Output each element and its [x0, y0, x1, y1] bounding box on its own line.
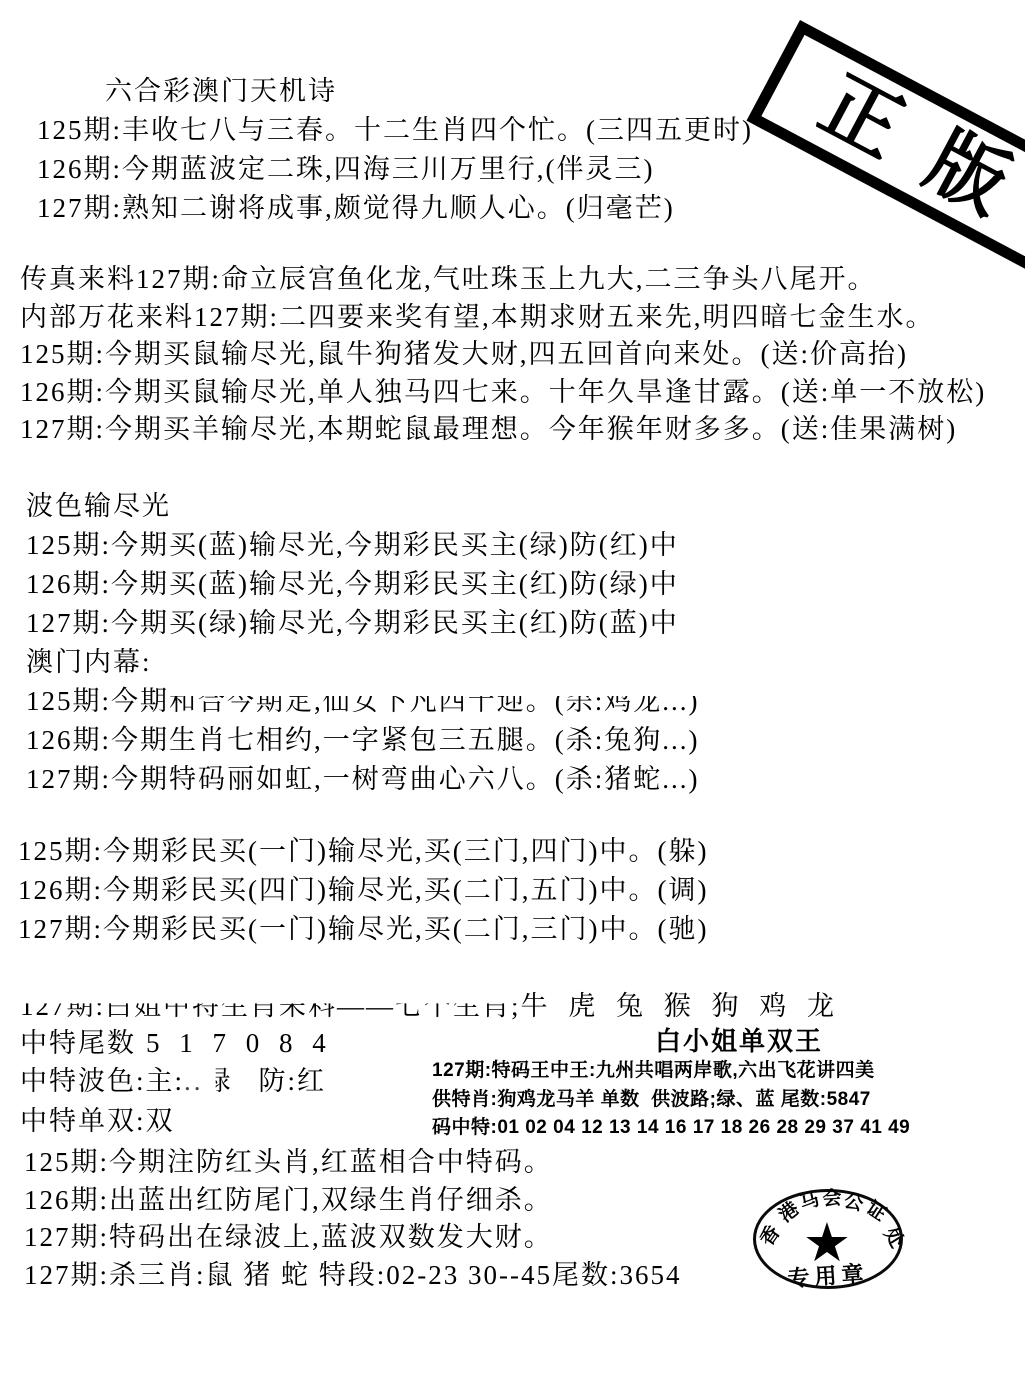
- wave-pick-dots: ..: [184, 1066, 204, 1096]
- seal-bottom-text: 专用章: [787, 1257, 870, 1294]
- baijie-clipped-text: 127期:白姐中特生肖来料——七个生肖;: [20, 987, 521, 1026]
- final-line: 127期:特码出在绿波上,蓝波双数发大财。: [24, 1219, 681, 1257]
- baixiaojie-line: 127期:特码王中王:九州共唱两岸歌,六出飞花讲四美: [432, 1057, 910, 1086]
- wave-line: 125期:今期买(蓝)输尽光,今期彩民买主(绿)防(红)中: [26, 526, 700, 565]
- poem-line-127: 127期:熟知二谢将成事,颇觉得九顺人心。(归毫芒): [37, 189, 753, 228]
- poem-line-125: 125期:丰收七八与三春。十二生肖四个忙。(三四五更时): [37, 111, 753, 150]
- fax-line: 内部万花来料127期:二四要来奖有望,本期求财五来先,明四暗七金生水。: [20, 299, 986, 337]
- door-line: 127期:今期彩民买(一门)输尽光,买(二门,三门)中。(驰): [18, 910, 708, 949]
- tail-number-label: 中特尾数: [20, 1028, 136, 1058]
- poem-line-126: 126期:今期蓝波定二珠,四海三川万里行,(伴灵三): [37, 150, 753, 189]
- baixiaojie-block: 127期:特码王中王:九州共唱两岸歌,六出飞花讲四美 供特肖:狗鸡龙马羊 单数 …: [432, 1057, 910, 1143]
- wave-color-section: 波色输尽光 125期:今期买(蓝)输尽光,今期彩民买主(绿)防(红)中 126期…: [26, 487, 700, 799]
- insider-line-clipped-text: 和合今期定,仙女下凡四十迎。(杀:鸡龙...): [169, 682, 699, 721]
- baixiaojie-line: 码中特:01 02 04 12 13 14 16 17 18 26 28 29 …: [432, 1114, 910, 1143]
- page-title: 六合彩澳门天机诗: [37, 72, 753, 111]
- baixiaojie-heading: 白小姐单双王: [655, 1026, 823, 1056]
- genuine-edition-stamp: 正版: [746, 20, 1025, 277]
- fax-line: 传真来料127期:命立辰宫鱼化龙,气吐珠玉上九大,二三争头八尾开。: [20, 261, 986, 299]
- zodiac-list: 牛 虎 兔 猴 狗 鸡 龙: [521, 991, 837, 1021]
- fax-line: 126期:今期买鼠输尽光,单人独马四七来。十年久旱逢甘露。(送:单一不放松): [20, 374, 986, 412]
- insider-line: 126期:今期生肖七相约,一字紧包三五腿。(杀:兔狗...): [26, 721, 700, 760]
- insider-line-prefix: 125期:今期: [26, 686, 169, 716]
- genuine-stamp-text: 正版: [762, 35, 1025, 260]
- wave-pick-partial-char: 绿: [204, 1062, 233, 1101]
- fax-line: 127期:今期买羊输尽光,本期蛇鼠最理想。今年猴年财多多。(送:佳果满树): [20, 411, 986, 449]
- final-tip-section: 125期:今期注防红头肖,红蓝相合中特码。 126期:出蓝出红防尾门,双绿生肖仔…: [24, 1144, 681, 1294]
- wave-pick-suffix: 防:红: [259, 1066, 327, 1096]
- door-line: 126期:今期彩民买(四门)输尽光,买(二门,五门)中。(调): [18, 871, 708, 910]
- insider-line-faded: 125期:今期和合今期定,仙女下凡四十迎。(杀:鸡龙...): [26, 682, 700, 721]
- baijie-zodiac-line: 127期:白姐中特生肖来料——七个生肖;牛 虎 兔 猴 狗 鸡 龙: [20, 987, 836, 1026]
- door-tip-section: 125期:今期彩民买(一门)输尽光,买(三门,四门)中。(躲) 126期:今期彩…: [18, 832, 708, 949]
- notary-seal: 香 港 马 会 公 证 处 ★ 专用章: [753, 1189, 903, 1289]
- door-line: 125期:今期彩民买(一门)输尽光,买(三门,四门)中。(躲): [18, 832, 708, 871]
- heaven-poem-section: 六合彩澳门天机诗 125期:丰收七八与三春。十二生肖四个忙。(三四五更时) 12…: [37, 72, 753, 228]
- final-line: 125期:今期注防红头肖,红蓝相合中特码。: [24, 1144, 681, 1182]
- baixiaojie-line: 供特肖:狗鸡龙马羊 单数 供波路;绿、蓝 尾数:5847: [432, 1086, 910, 1115]
- wave-section-heading: 波色输尽光: [26, 487, 700, 526]
- final-line: 126期:出蓝出红防尾门,双绿生肖仔细杀。: [24, 1182, 681, 1220]
- odd-even-line: 中特单双:双: [20, 1102, 175, 1141]
- tail-number-digits: 5 1 7 0 8 4: [146, 1028, 328, 1058]
- fax-tip-section: 传真来料127期:命立辰宫鱼化龙,气吐珠玉上九大,二三争头八尾开。 内部万花来料…: [20, 261, 986, 449]
- fax-line: 125期:今期买鼠输尽光,鼠牛狗猪发大财,四五回首向来处。(送:价高抬): [20, 336, 986, 374]
- seal-arc-char: 会: [822, 1183, 843, 1211]
- lottery-tip-sheet: 六合彩澳门天机诗 125期:丰收七八与三春。十二生肖四个忙。(三四五更时) 12…: [0, 0, 1025, 1388]
- wave-line: 126期:今期买(蓝)输尽光,今期彩民买主(红)防(绿)中: [26, 565, 700, 604]
- wave-pick-prefix: 中特波色:主:: [20, 1066, 184, 1096]
- tail-number-line: 中特尾数5 1 7 0 8 4: [20, 1024, 328, 1063]
- wave-pick-line: 中特波色:主:..绿防:红: [20, 1062, 326, 1101]
- insider-line: 127期:今期特码丽如虹,一树弯曲心六八。(杀:猪蛇...): [26, 760, 700, 799]
- final-line: 127期:杀三肖:鼠 猪 蛇 特段:02-23 30--45尾数:3654: [24, 1257, 681, 1295]
- insider-heading: 澳门内幕:: [26, 643, 700, 682]
- wave-line: 127期:今期买(绿)输尽光,今期彩民买主(红)防(蓝)中: [26, 604, 700, 643]
